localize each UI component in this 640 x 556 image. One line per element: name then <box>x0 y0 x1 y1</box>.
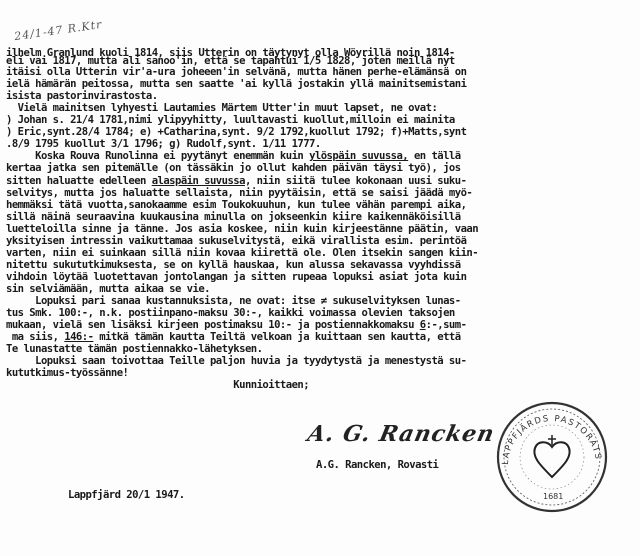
typed-signature: A.G. Rancken, Rovasti <box>316 459 438 471</box>
letter-line: ielä hämärän peitossa, mutta sen saatte … <box>6 78 466 90</box>
letter-line: kertaa jatka sen pitemälle (on tässäkin … <box>6 162 461 174</box>
letter-line: kututkimus-työssänne! <box>6 367 128 379</box>
letter-line: tus Smk. 100:-, n.k. postiinpano-maksu 3… <box>6 307 455 319</box>
letter-line: sillä näinä seuraavina kuukausina minull… <box>6 211 461 223</box>
letter-line: Lopuksi pari sanaa kustannuksista, ne ov… <box>6 295 461 307</box>
place-date: Lappfjärd 20/1 1947. <box>68 489 185 501</box>
handwritten-signature: A. G. Rancken <box>305 421 497 447</box>
letter-line: selvitys, mutta jos haluatte sellaista, … <box>6 187 472 199</box>
parish-seal-stamp-icon: LAPPFJÄRDS PASTORATS SIGILL 1681 <box>480 395 640 525</box>
letter-line: luetteloilla sinne ja tänne. Jos asia ko… <box>6 223 478 235</box>
letter-line: ma siis, 146:- mitkä tämän kautta Teiltä… <box>6 331 461 343</box>
letter-line: sitten haluatte edelleen alaspäin suvuss… <box>6 175 466 187</box>
underlined-text: ylöspäin suvussa, <box>309 150 408 162</box>
stamp-year: 1681 <box>543 492 563 501</box>
letter-line: isista pastorinvirastosta. <box>6 90 158 102</box>
underlined-text: 6 <box>420 319 426 331</box>
underlined-text: alaspäin suvussa <box>152 175 245 187</box>
letter-line: ) Johan s. 21/4 1781,nimi ylipyyhitty, l… <box>6 114 455 126</box>
letter-line: Lopuksi saan toivottaa Teille paljon huv… <box>6 355 466 367</box>
letter-line: varten, niin ei suinkaan sillä niin kova… <box>6 247 478 259</box>
underlined-text: 146:- <box>64 331 93 343</box>
letter-line: Koska Rouva Runolinna ei pyytänyt enemmä… <box>6 150 461 162</box>
handwritten-note: 24/1-47 R.Ktr <box>14 18 104 43</box>
letter-line: Te lunastatte tämän postiennakko-lähetyk… <box>6 343 262 355</box>
letter-line: yksityisen intressin vaikuttamaa sukusel… <box>6 235 466 247</box>
letter-line: nitettu sukututkimuksesta, se on kyllä h… <box>6 259 461 271</box>
letter-line: Kunnioittaen; <box>6 379 309 391</box>
letter-line: sin selviämään, mutta aikaa se vie. <box>6 283 210 295</box>
letter-line: vihdoin löytää luotettavan jontolangan j… <box>6 271 466 283</box>
letter-line: ) Eric,synt.28/4 1784; e) +Catharina,syn… <box>6 126 466 138</box>
letter-line: itäisi olla Utterin vir'a-ura joheeen'in… <box>6 66 466 78</box>
letter-line: hemmäksi tätä vuotta,sanokaamme esim Tou… <box>6 199 466 211</box>
letter-line: .8/9 1795 kuollut 3/1 1796; g) Rudolf,sy… <box>6 138 321 150</box>
letter-line: mukaan, vielä sen lisäksi kirjeen postim… <box>6 319 466 331</box>
scanned-letter-page: 24/1-47 R.Ktr ilhelm Granlund kuoli 1814… <box>0 0 640 556</box>
letter-line: Vielä mainitsen lyhyesti Lautamies Märte… <box>6 102 437 114</box>
